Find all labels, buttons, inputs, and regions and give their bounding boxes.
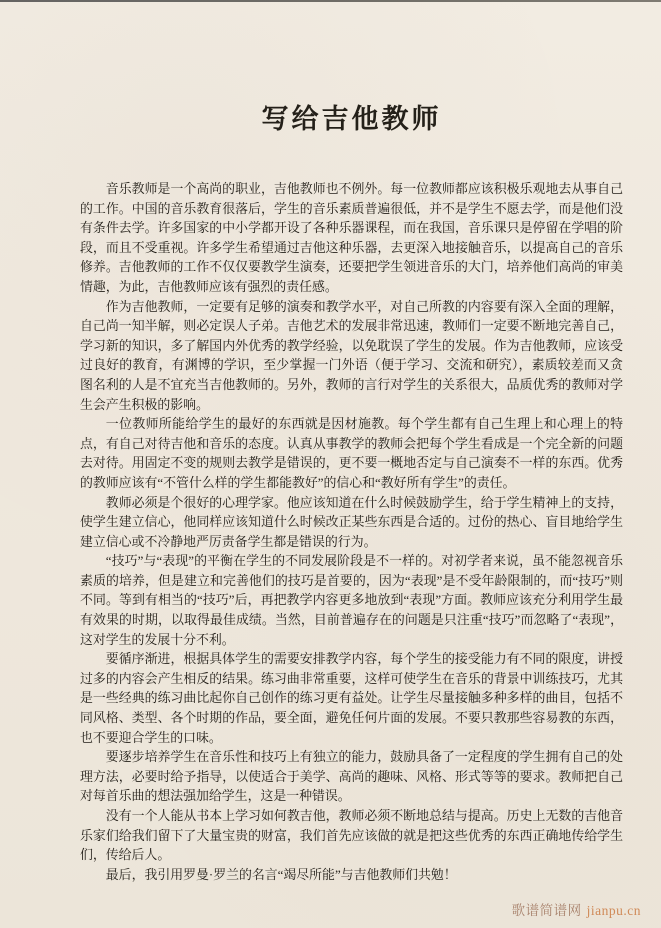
paragraph: 一位教师所能给学生的最好的东西就是因材施教。每个学生都有自己生理上和心理上的特点… (80, 415, 623, 493)
paragraph: 没有一个人能从书本上学习如何教吉他，教师必须不断地总结与提高。历史上无数的吉他音… (80, 807, 623, 866)
paragraph: 教师必须是个很好的心理学家。他应该知道在什么时候鼓励学生，给于学生精神上的支持，… (80, 494, 623, 553)
paragraph: “技巧”与“表现”的平衡在学生的不同发展阶段是不一样的。对初学者来说，虽不能忽视… (80, 552, 623, 650)
paragraph: 最后，我引用罗曼·罗兰的名言“竭尽所能”与吉他教师们共勉！ (80, 866, 623, 886)
scanned-book-page: 写给吉他教师 音乐教师是一个高尚的职业，吉他教师也不例外。每一位教师都应该积极乐… (0, 0, 661, 928)
page-title: 写给吉他教师 (80, 97, 623, 136)
watermark-site-name: 歌谱简谱网 (512, 903, 582, 918)
paragraph: 要逐步培养学生在音乐性和技巧上有独立的能力，鼓励具备了一定程度的学生拥有自己的处… (80, 748, 623, 807)
paragraph: 音乐教师是一个高尚的职业，吉他教师也不例外。每一位教师都应该积极乐观地去从事自己… (80, 180, 623, 298)
article-body: 音乐教师是一个高尚的职业，吉他教师也不例外。每一位教师都应该积极乐观地去从事自己… (80, 180, 623, 885)
paragraph: 作为吉他教师，一定要有足够的演奏和教学水平，对自己所教的内容要有深入全面的理解，… (80, 298, 623, 416)
scan-edge-top (0, 0, 661, 2)
watermark-url: jianpu.cn (587, 903, 641, 918)
watermark: 歌谱简谱网jianpu.cn (512, 899, 641, 919)
paragraph: 要循序渐进，根据具体学生的需要安排教学内容，每个学生的接受能力有不同的限度，讲授… (80, 650, 623, 748)
